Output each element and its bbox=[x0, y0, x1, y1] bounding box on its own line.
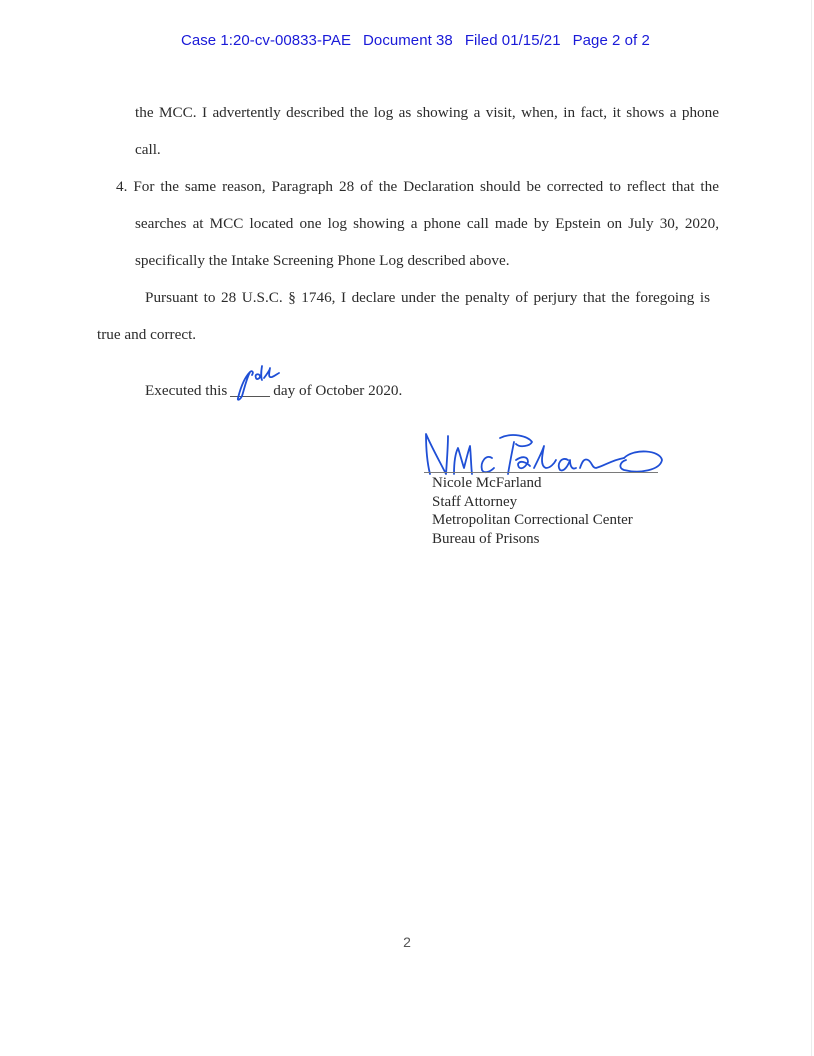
paragraph-4-line-3: specifically the Intake Screening Phone … bbox=[135, 252, 510, 270]
executed-prefix: Executed this bbox=[145, 382, 227, 399]
signature-block: Nicole McFarland Staff Attorney Metropol… bbox=[432, 474, 633, 548]
signer-institution: Metropolitan Correctional Center bbox=[432, 511, 633, 530]
signer-agency: Bureau of Prisons bbox=[432, 530, 633, 549]
executed-suffix: day of October 2020. bbox=[273, 382, 402, 399]
paragraph-3-line-2: call. bbox=[135, 141, 161, 159]
filed-date: Filed 01/15/21 bbox=[465, 32, 561, 49]
handwritten-day-icon bbox=[234, 364, 284, 404]
document-number: Document 38 bbox=[363, 32, 453, 49]
paragraph-4-line-2: searches at MCC located one log showing … bbox=[135, 215, 719, 233]
document-page: Case 1:20-cv-00833-PAEDocument 38Filed 0… bbox=[0, 0, 814, 1056]
declaration-line-1: Pursuant to 28 U.S.C. § 1746, I declare … bbox=[145, 289, 710, 307]
page-number: 2 bbox=[0, 934, 814, 950]
page-indicator: Page 2 of 2 bbox=[573, 32, 650, 49]
page-edge bbox=[811, 0, 812, 1056]
declaration-line-2: true and correct. bbox=[97, 326, 196, 344]
ecf-header: Case 1:20-cv-00833-PAEDocument 38Filed 0… bbox=[0, 15, 814, 66]
signer-title: Staff Attorney bbox=[432, 493, 633, 512]
paragraph-3-line-1: the MCC. I advertently described the log… bbox=[135, 104, 719, 122]
paragraph-4-line-1: 4. For the same reason, Paragraph 28 of … bbox=[116, 178, 719, 196]
signature-line bbox=[424, 472, 658, 473]
case-number: Case 1:20-cv-00833-PAE bbox=[181, 32, 351, 49]
signer-name: Nicole McFarland bbox=[432, 474, 633, 493]
